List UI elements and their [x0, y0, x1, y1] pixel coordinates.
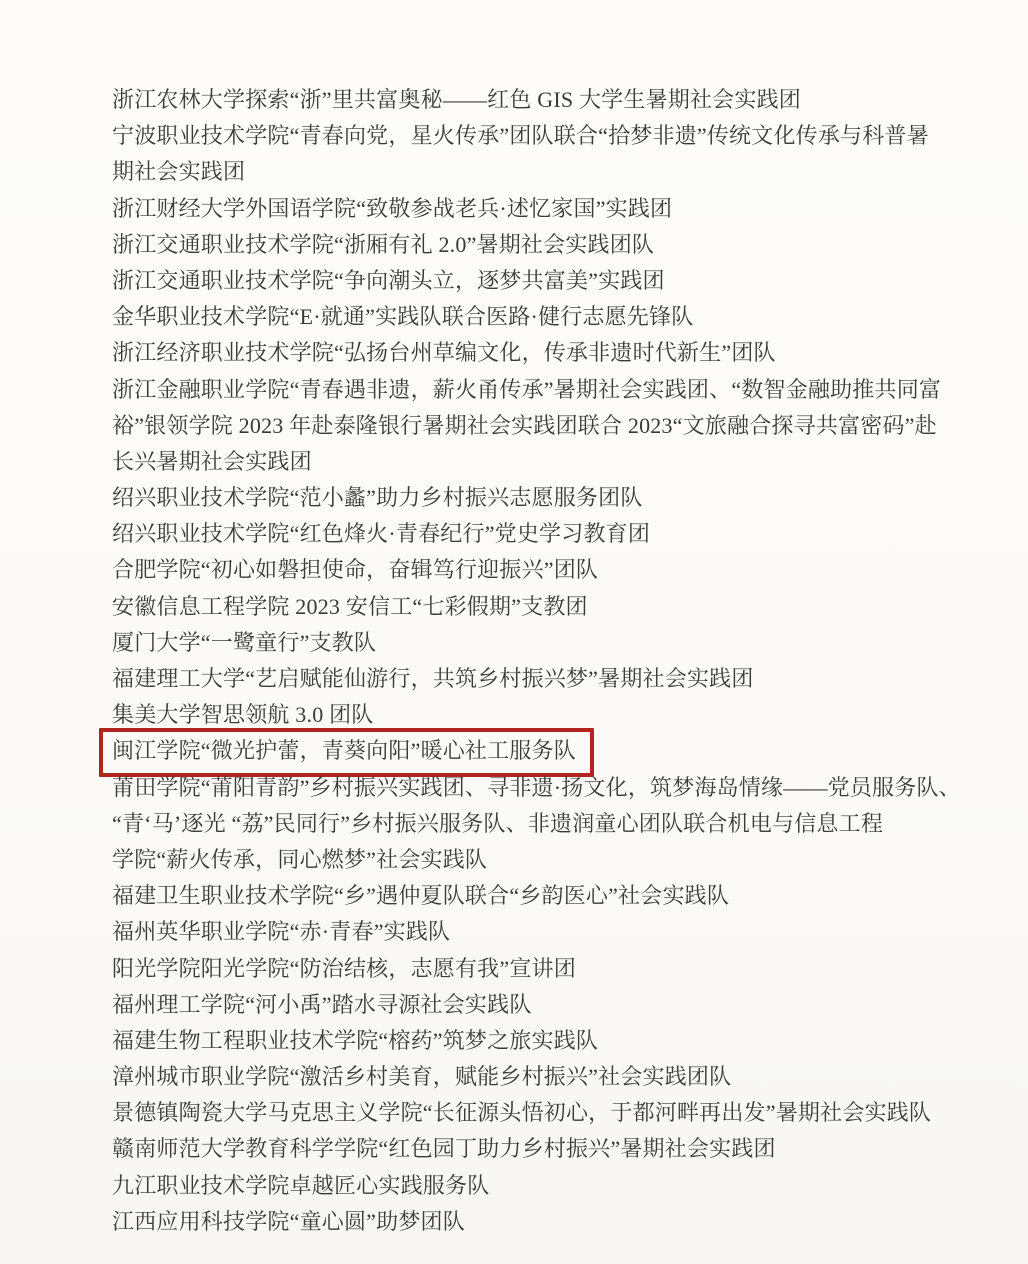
team-name-text: 浙江农林大学探索“浙”里共富奥秘——红色 GIS 大学生暑期社会实践团: [112, 87, 801, 112]
team-name-text: 绍兴职业技术学院“范小蠡”助力乡村振兴志愿服务团队: [112, 485, 643, 510]
list-item: 福州理工学院“河小禹”踏水寻源社会实践队: [112, 987, 972, 1023]
team-name-text: 福州英华职业学院“赤·青春”实践队: [112, 919, 450, 944]
team-name-text: 漳州城市职业学院“激活乡村美育，赋能乡村振兴”社会实践团队: [112, 1064, 731, 1089]
list-item: 浙江经济职业技术学院“弘扬台州草编文化，传承非遗时代新生”团队: [112, 335, 972, 371]
list-item: 赣南师范大学教育科学学院“红色园丁助力乡村振兴”暑期社会实践团: [112, 1131, 972, 1167]
list-item: 裕”银领学院 2023 年赴泰隆银行暑期社会实践团联合 2023“文旅融合探寻共…: [112, 408, 972, 444]
list-item: “青‘马’逐光 “荔”民同行”乡村振兴服务队、非遗润童心团队联合机电与信息工程: [112, 806, 972, 842]
list-item: 浙江交通职业技术学院“浙厢有礼 2.0”暑期社会实践团队: [112, 227, 972, 263]
list-item: 九江职业技术学院卓越匠心实践服务队: [112, 1168, 972, 1204]
list-item: 绍兴职业技术学院“红色烽火·青春纪行”党史学习教育团: [112, 516, 972, 552]
team-name-text: 浙江经济职业技术学院“弘扬台州草编文化，传承非遗时代新生”团队: [112, 340, 776, 365]
list-item: 浙江农林大学探索“浙”里共富奥秘——红色 GIS 大学生暑期社会实践团: [112, 82, 972, 118]
team-name-text: 裕”银领学院 2023 年赴泰隆银行暑期社会实践团联合 2023“文旅融合探寻共…: [112, 413, 937, 438]
list-item: 景德镇陶瓷大学马克思主义学院“长征源头悟初心，于都河畔再出发”暑期社会实践队: [112, 1095, 972, 1131]
list-item: 漳州城市职业学院“激活乡村美育，赋能乡村振兴”社会实践团队: [112, 1059, 972, 1095]
list-item: 浙江金融职业学院“青春遇非遗，薪火甬传承”暑期社会实践团、“数智金融助推共同富: [112, 372, 972, 408]
list-item: 福建卫生职业技术学院“乡”遇仲夏队联合“乡韵医心”社会实践队: [112, 878, 972, 914]
list-item: 阳光学院阳光学院“防治结核，志愿有我”宣讲团: [112, 951, 972, 987]
list-item: 江西应用科技学院“童心圆”助梦团队: [112, 1204, 972, 1240]
team-name-text: 九江职业技术学院卓越匠心实践服务队: [112, 1173, 489, 1198]
list-item: 期社会实践团: [112, 154, 972, 190]
team-name-text: 浙江交通职业技术学院“浙厢有礼 2.0”暑期社会实践团队: [112, 232, 654, 257]
team-name-text: 福建卫生职业技术学院“乡”遇仲夏队联合“乡韵医心”社会实践队: [112, 883, 729, 908]
team-name-text: 江西应用科技学院“童心圆”助梦团队: [112, 1209, 465, 1234]
team-name-text: “青‘马’逐光 “荔”民同行”乡村振兴服务队、非遗润童心团队联合机电与信息工程: [112, 811, 883, 836]
list-item: 浙江财经大学外国语学院“致敬参战老兵·述忆家国”实践团: [112, 191, 972, 227]
team-name-text: 福建生物工程职业技术学院“榕药”筑梦之旅实践队: [112, 1028, 598, 1053]
list-item: 浙江交通职业技术学院“争向潮头立，逐梦共富美”实践团: [112, 263, 972, 299]
list-item: 长兴暑期社会实践团: [112, 444, 972, 480]
list-item: 绍兴职业技术学院“范小蠡”助力乡村振兴志愿服务团队: [112, 480, 972, 516]
team-name-text: 浙江交通职业技术学院“争向潮头立，逐梦共富美”实践团: [112, 268, 665, 293]
list-item: 莆田学院“莆阳青韵”乡村振兴实践团、寻非遗·扬文化，筑梦海岛情缘——党员服务队、: [112, 770, 972, 806]
team-name-text: 安徽信息工程学院 2023 安信工“七彩假期”支教团: [112, 594, 588, 619]
team-name-text: 合肥学院“初心如磐担使命，奋辑笃行迎振兴”团队: [112, 557, 598, 582]
team-name-text: 集美大学智思领航 3.0 团队: [112, 702, 374, 727]
list-item: 金华职业技术学院“E·就通”实践队联合医路·健行志愿先锋队: [112, 299, 972, 335]
team-name-text: 赣南师范大学教育科学学院“红色园丁助力乡村振兴”暑期社会实践团: [112, 1136, 776, 1161]
document-page: 浙江农林大学探索“浙”里共富奥秘——红色 GIS 大学生暑期社会实践团 宁波职业…: [0, 0, 1028, 1264]
team-name-text: 景德镇陶瓷大学马克思主义学院“长征源头悟初心，于都河畔再出发”暑期社会实践队: [112, 1100, 931, 1125]
list-item: 合肥学院“初心如磐担使命，奋辑笃行迎振兴”团队: [112, 552, 972, 588]
team-name-text: 长兴暑期社会实践团: [112, 449, 312, 474]
list-item: 宁波职业技术学院“青春向党，星火传承”团队联合“拾梦非遗”传统文化传承与科普暑: [112, 118, 972, 154]
team-name-text: 浙江金融职业学院“青春遇非遗，薪火甬传承”暑期社会实践团、“数智金融助推共同富: [112, 377, 941, 402]
team-name-text: 福州理工学院“河小禹”踏水寻源社会实践队: [112, 992, 532, 1017]
team-name-text: 金华职业技术学院“E·就通”实践队联合医路·健行志愿先锋队: [112, 304, 693, 329]
team-name-text: 福建理工大学“艺启赋能仙游行，共筑乡村振兴梦”暑期社会实践团: [112, 666, 754, 691]
highlighted-list-item: 闽江学院“微光护蕾，青葵向阳”暖心社工服务队: [112, 733, 972, 769]
team-name-text: 宁波职业技术学院“青春向党，星火传承”团队联合“拾梦非遗”传统文化传承与科普暑: [112, 123, 929, 148]
team-name-text: 学院“薪火传承，同心燃梦”社会实践队: [112, 847, 487, 872]
team-name-text: 厦门大学“一鹭童行”支教队: [112, 630, 376, 655]
list-item: 福建生物工程职业技术学院“榕药”筑梦之旅实践队: [112, 1023, 972, 1059]
list-item: 福州英华职业学院“赤·青春”实践队: [112, 914, 972, 950]
team-name-text: 期社会实践团: [112, 159, 245, 184]
team-name-text: 绍兴职业技术学院“红色烽火·青春纪行”党史学习教育团: [112, 521, 650, 546]
team-name-text: 浙江财经大学外国语学院“致敬参战老兵·述忆家国”实践团: [112, 196, 672, 221]
list-item: 厦门大学“一鹭童行”支教队: [112, 625, 972, 661]
team-list: 浙江农林大学探索“浙”里共富奥秘——红色 GIS 大学生暑期社会实践团 宁波职业…: [112, 82, 972, 1240]
list-item: 学院“薪火传承，同心燃梦”社会实践队: [112, 842, 972, 878]
list-item: 安徽信息工程学院 2023 安信工“七彩假期”支教团: [112, 589, 972, 625]
team-name-text: 阳光学院阳光学院“防治结核，志愿有我”宣讲团: [112, 956, 576, 981]
list-item: 福建理工大学“艺启赋能仙游行，共筑乡村振兴梦”暑期社会实践团: [112, 661, 972, 697]
team-name-text: 莆田学院“莆阳青韵”乡村振兴实践团、寻非遗·扬文化，筑梦海岛情缘——党员服务队、: [112, 775, 961, 800]
